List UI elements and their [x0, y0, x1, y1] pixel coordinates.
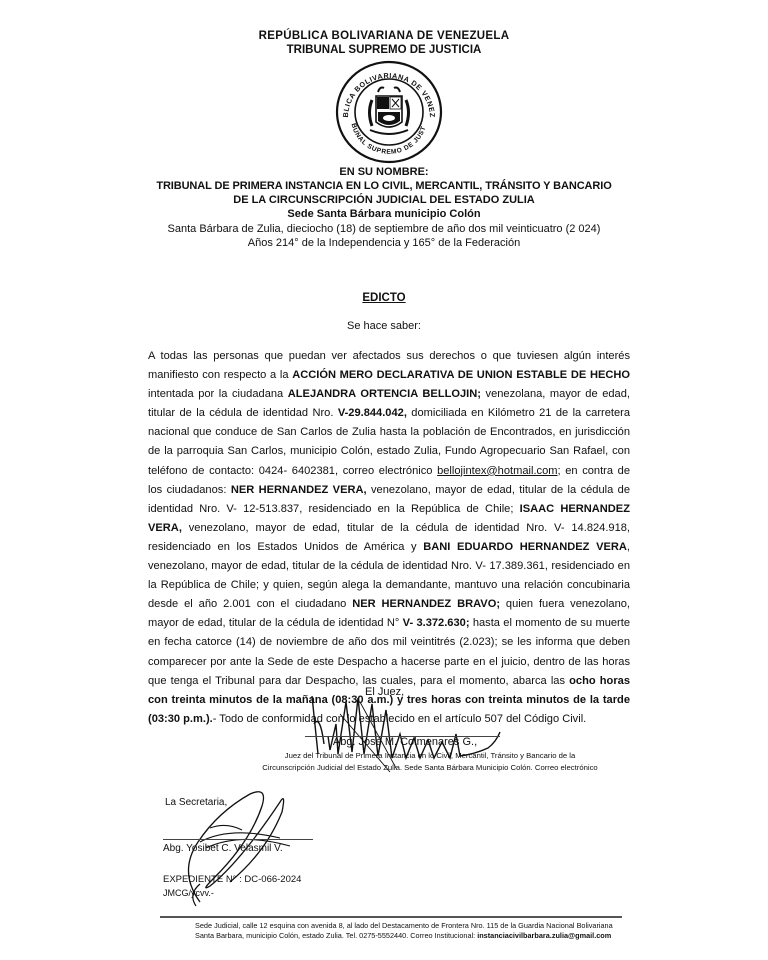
court-name-line2: DE LA CIRCUNSCRIPCIÓN JUDICIAL DEL ESTAD…	[0, 194, 768, 206]
coat-of-arms-seal-icon: REPUBLICA BOLIVARIANA DE VENEZUELA TRIBU…	[334, 60, 444, 164]
footer-address: Sede Judicial, calle 12 esquina con aven…	[195, 921, 613, 930]
footer-divider	[160, 916, 622, 918]
case-file-number: EXPEDIENTE N° : DC-066-2024	[163, 874, 301, 885]
footer-email-link[interactable]: instanciacivilbarbara.zulia@gmail.com	[477, 931, 611, 940]
document-title: EDICTO	[0, 292, 768, 304]
secretary-signature-line	[163, 839, 313, 840]
applicant-email-link[interactable]: bellojintex@hotmail.com	[437, 465, 557, 477]
document-initials: JMCG/ycvv.-	[163, 888, 214, 898]
edict-body: A todas las personas que puedan ver afec…	[148, 347, 630, 729]
judge-title-line2: Circunscripción Judicial del Estado Zuli…	[220, 763, 640, 772]
secretary-name: Abg. Yosibet C. Velasmil V.	[163, 843, 283, 854]
judge-name: Abg. José M. Colmenares G.,	[305, 736, 505, 748]
years-line: Años 214° de la Independencia y 165° de …	[0, 237, 768, 249]
judge-signature-icon	[300, 684, 540, 774]
court-seat: Sede Santa Bárbara municipio Colón	[0, 208, 768, 220]
header-country: REPÚBLICA BOLIVARIANA DE VENEZUELA	[0, 30, 768, 42]
intro-text: Se hace saber:	[0, 320, 768, 332]
court-name-line1: TRIBUNAL DE PRIMERA INSTANCIA EN LO CIVI…	[0, 180, 768, 192]
en-su-nombre: EN SU NOMBRE:	[0, 166, 768, 178]
header-institution: TRIBUNAL SUPREMO DE JUSTICIA	[0, 44, 768, 56]
document-date: Santa Bárbara de Zulia, dieciocho (18) d…	[0, 223, 768, 235]
judge-title-line1: Juez del Tribunal de Primera Instancia e…	[220, 751, 640, 760]
footer-contact: Santa Barbara, municipio Colón, estado Z…	[195, 931, 611, 940]
